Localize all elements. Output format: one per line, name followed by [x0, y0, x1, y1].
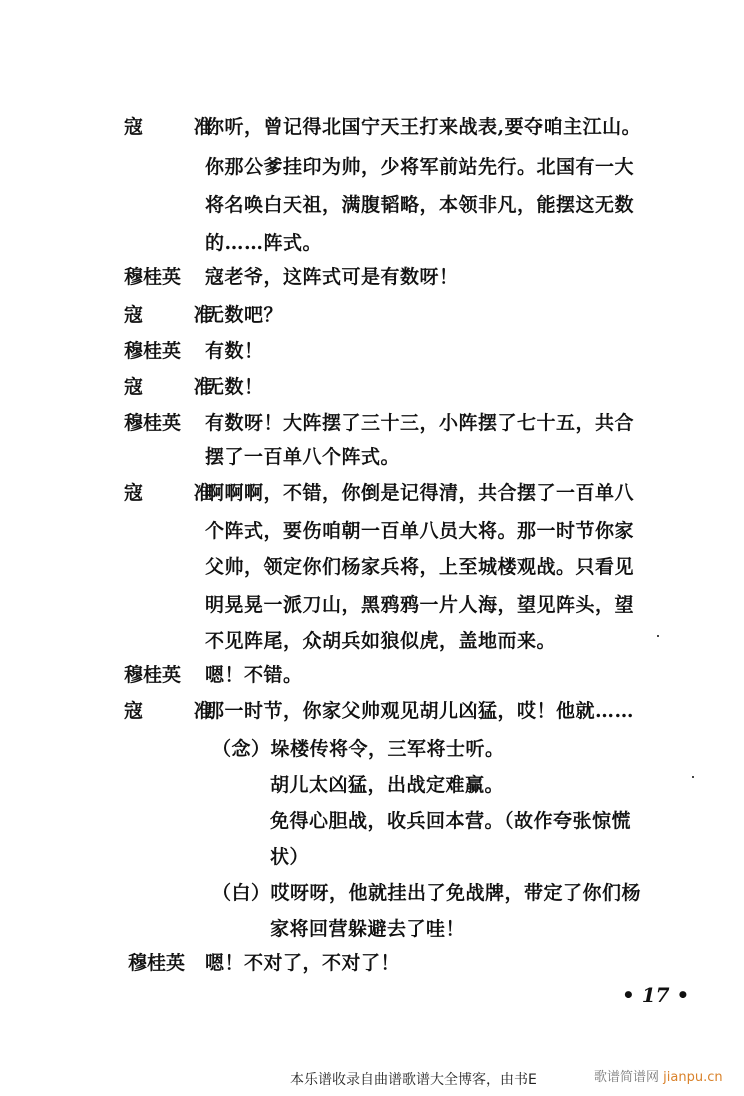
speaker-name: 穆桂英 — [124, 408, 190, 435]
dialogue-line: 寇老爷，这阵式可是有数呀！ — [205, 262, 459, 289]
speaker-name: 寇 准 — [124, 112, 190, 139]
watermark-site-name: 歌谱简谱网 — [594, 1070, 659, 1085]
dialogue-line: 明晃晃一派刀山，黑鸦鸦一片人海，望见阵头，望 — [205, 590, 634, 617]
dialogue-line: 的……阵式。 — [205, 228, 322, 255]
speaker-name: 穆桂英 — [124, 660, 190, 687]
speaker-name: 寇 准 — [124, 300, 190, 327]
dialogue-line: 无数！ — [205, 372, 264, 399]
dialogue-line: 摆了一百单八个阵式。 — [205, 442, 400, 469]
speaker-name: 寇 准 — [124, 478, 190, 505]
dialogue-line: 嗯！不错。 — [205, 660, 303, 687]
page-number: • 17 • — [622, 983, 689, 1007]
spoken-line: 家将回营躲避去了哇！ — [270, 914, 465, 941]
dialogue-line: 有数呀！大阵摆了三十三，小阵摆了七十五，共合 — [205, 408, 634, 435]
dialogue-line: 你那公爹挂印为帅，少将军前站先行。北国有一大 — [205, 152, 634, 179]
speaker-name: 穆桂英 — [124, 336, 190, 363]
scan-speck — [657, 635, 659, 637]
speaker-name: 穆桂英 — [124, 262, 190, 289]
dialogue-line: 嗯！不对了，不对了！ — [205, 948, 400, 975]
speaker-name: 寇 准 — [124, 696, 190, 723]
watermark-url: jianpu.cn — [663, 1070, 722, 1085]
dialogue-line: 有数！ — [205, 336, 264, 363]
source-note: 本乐谱收录自曲谱歌谱大全博客，由书E — [290, 1069, 537, 1089]
stage-direction: 状） — [270, 842, 309, 869]
document-page: 寇 准 你听，曾记得北国宁天王打来战表,要夺咱主江山。 你那公爹挂印为帅，少将军… — [0, 0, 744, 1096]
spoken-line: （白）哎呀呀，他就挂出了免战牌，带定了你们杨 — [212, 878, 641, 905]
dialogue-line: 将名唤白天祖，满腹韬略，本领非凡，能摆这无数 — [205, 190, 634, 217]
speaker-name: 寇 准 — [124, 372, 190, 399]
speaker-name: 穆桂英 — [128, 948, 194, 975]
recitation-line: （念）垛楼传将令，三军将士听。 — [212, 734, 505, 761]
recitation-line: 胡儿太凶猛，出战定难赢。 — [270, 770, 504, 797]
recitation-line: 免得心胆战，收兵回本营。（故作夸张惊慌 — [270, 806, 631, 833]
dialogue-line: 你听，曾记得北国宁天王打来战表,要夺咱主江山。 — [205, 112, 641, 139]
watermark: 歌谱简谱网 jianpu.cn — [594, 1066, 723, 1085]
scan-speck — [692, 776, 694, 778]
dialogue-line: 那一时节，你家父帅观见胡儿凶猛，哎！他就…… — [205, 696, 634, 723]
dialogue-line: 无数吧？ — [205, 300, 283, 327]
dialogue-line: 父帅，领定你们杨家兵将，上至城楼观战。只看见 — [205, 552, 634, 579]
dialogue-line: 个阵式，要伤咱朝一百单八员大将。那一时节你家 — [205, 516, 634, 543]
dialogue-line: 不见阵尾，众胡兵如狼似虎，盖地而来。 — [205, 626, 556, 653]
dialogue-line: 啊啊啊，不错，你倒是记得清，共合摆了一百单八 — [205, 478, 634, 505]
